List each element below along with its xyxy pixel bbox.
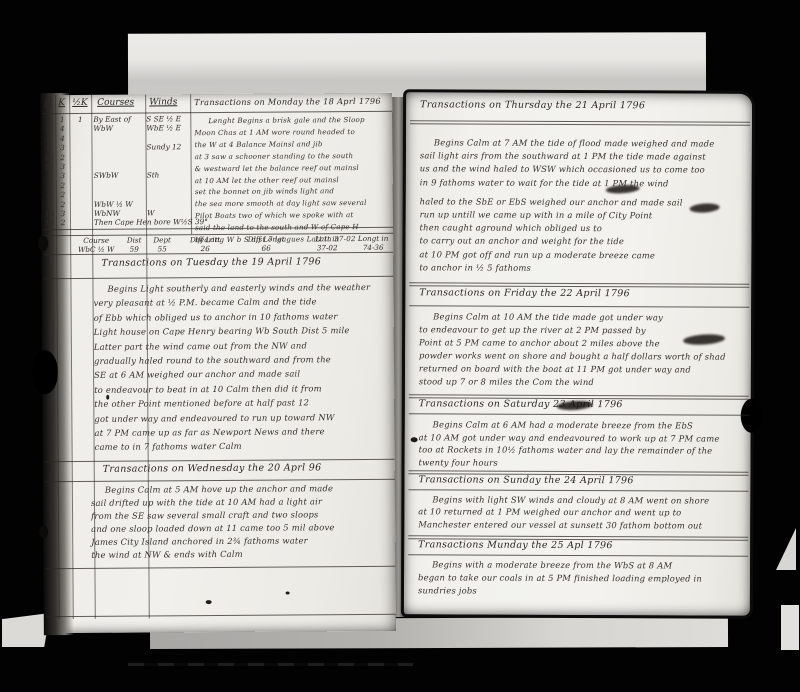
course-cell bbox=[91, 143, 144, 153]
hours-cell: 4 bbox=[42, 125, 55, 134]
ruled-line bbox=[408, 554, 748, 556]
course-cell bbox=[91, 133, 144, 143]
half-knots-cell bbox=[70, 162, 92, 172]
ruled-line bbox=[408, 489, 748, 491]
entry-line: in 9 fathoms water to wait for the tide … bbox=[420, 176, 748, 191]
hours-cell: 8 bbox=[42, 143, 55, 152]
entry-line: sundries jobs bbox=[418, 584, 746, 598]
knots-cell: 2 bbox=[56, 190, 70, 199]
entry-line: stood up 7 or 8 miles the Com the wind bbox=[419, 375, 747, 389]
knots-cell: 2 bbox=[56, 218, 70, 227]
knots-cell: 3 bbox=[55, 143, 69, 152]
course-cell: Then Cape Hen bore W½S 39° bbox=[92, 218, 145, 228]
knots-cell: 2 bbox=[56, 153, 70, 162]
entry-line: Begins Calm at 6 AM had a moderate breez… bbox=[419, 418, 747, 432]
wind-cell bbox=[145, 180, 193, 190]
knots-cell: 2 bbox=[56, 200, 70, 209]
ruled-line bbox=[45, 459, 395, 462]
course-cell: WbNW bbox=[92, 208, 145, 218]
half-knots-cell bbox=[69, 143, 91, 153]
hours-cell: 6 bbox=[43, 190, 56, 199]
entry-line: Lenght Begins a brisk gale and the Sloop bbox=[194, 114, 390, 127]
ink-speck bbox=[411, 437, 418, 442]
entry-title-thursday-21: Transactions on Thursday the 21 April 17… bbox=[420, 99, 645, 111]
course-cell: SWbW bbox=[92, 171, 145, 181]
entry-body-friday-22: Begins Calm at 10 AM the tide made got u… bbox=[419, 310, 747, 389]
half-knots-cell bbox=[70, 190, 92, 200]
left-page-edge-notch bbox=[32, 350, 58, 394]
entry-line: too at Rockets in 10½ fathoms water and … bbox=[419, 443, 747, 457]
hours-cell: 12 bbox=[43, 218, 56, 227]
entry-body-tuesday-19: Begins Light southerly and easterly wind… bbox=[93, 280, 392, 455]
column-header-hours: H bbox=[44, 98, 52, 108]
column-header-knots: K bbox=[58, 98, 65, 108]
wind-cell bbox=[145, 189, 193, 199]
edge-blot bbox=[39, 525, 48, 538]
ruled-line bbox=[46, 614, 396, 617]
wind-cell bbox=[145, 217, 193, 227]
half-knots-cell bbox=[69, 134, 91, 144]
entry-title-friday-22: Transactions on Friday the 22 April 1796 bbox=[419, 287, 630, 299]
ruled-line bbox=[410, 120, 750, 122]
half-knots-cell bbox=[70, 199, 92, 209]
course-cell: WbW bbox=[91, 124, 144, 134]
hours-cell: 8 bbox=[43, 200, 56, 209]
entry-title-sunday-24: Transactions on Sunday the 24 April 1796 bbox=[418, 474, 633, 486]
wind-cell: Sth bbox=[145, 171, 193, 181]
summary-cell: WbC ½ W bbox=[71, 245, 121, 254]
entry-line: Manchester entered our vessel at sunsett… bbox=[418, 518, 746, 532]
column-header-winds: Winds bbox=[149, 97, 177, 107]
hours-cell: 2 bbox=[43, 171, 56, 180]
hours-cell: 12 bbox=[43, 162, 56, 171]
edge-blot bbox=[38, 235, 48, 251]
entry-line: to carry out an anchor and weight for th… bbox=[419, 235, 747, 250]
knots-cell: 4 bbox=[55, 134, 69, 143]
wind-cell bbox=[145, 161, 193, 171]
entry-body-monday-18: Lenght Begins a brisk gale and the Sloop… bbox=[194, 114, 391, 246]
entry-body-saturday-23: Begins Calm at 6 AM had a moderate breez… bbox=[418, 418, 746, 469]
summary-cell: Dist bbox=[121, 235, 147, 244]
knots-cell: 1 bbox=[55, 115, 69, 124]
hours-cell: 10 bbox=[43, 153, 56, 162]
knots-cell: 3 bbox=[56, 209, 70, 218]
ruled-line bbox=[409, 305, 749, 307]
ruled-line bbox=[45, 566, 395, 569]
scan-smudge-line bbox=[128, 663, 413, 666]
entry-line: us and the wind haled to WSW which occas… bbox=[420, 163, 748, 178]
entry-line: Begins Light southerly and easterly wind… bbox=[93, 280, 391, 296]
ink-speck bbox=[286, 592, 290, 595]
entry-line: to anchor in ½ 5 fathoms bbox=[419, 261, 747, 276]
entry-title-monday-18: Transactions on Monday the 18 Aprl 1796 bbox=[194, 96, 381, 107]
log-table-rows: 211By East ofS SE ½ E44WbWWbE ½ E6483Sun… bbox=[42, 114, 193, 228]
ruled-line bbox=[410, 123, 750, 125]
wind-cell: WbE ½ E bbox=[144, 124, 192, 134]
ruled-line bbox=[409, 413, 749, 415]
wind-cell: W bbox=[145, 208, 193, 218]
entry-line: at 10 returned at 1 PM weighed our ancho… bbox=[418, 506, 746, 520]
summary-cell: 59 bbox=[121, 244, 147, 253]
entry-line: came to in 7 fathoms water Calm bbox=[95, 438, 393, 454]
wind-cell bbox=[145, 152, 193, 162]
summary-cell: Dept bbox=[147, 235, 177, 244]
entry-line: the wind at NW & ends with Calm bbox=[91, 547, 391, 562]
half-knots-cell: 1 bbox=[69, 115, 91, 125]
entry-title-tuesday-19: Transactions on Tuesday the 19 April 179… bbox=[101, 256, 321, 269]
half-knots-cell bbox=[70, 171, 92, 181]
entry-body-sunday-24: Begins with light SW winds and cloudy at… bbox=[418, 493, 746, 532]
ruled-line bbox=[408, 470, 748, 472]
column-header-courses: Courses bbox=[97, 98, 134, 108]
wind-cell: S SE ½ E bbox=[144, 114, 192, 124]
hours-cell: 6 bbox=[42, 134, 55, 143]
entry-title-monday-25: Transactions Munday the 25 Apl 1796 bbox=[418, 539, 613, 551]
knots-cell: 3 bbox=[56, 171, 70, 180]
half-knots-cell bbox=[70, 152, 92, 162]
ink-speck bbox=[106, 395, 109, 400]
course-cell: WbW ½ W bbox=[92, 199, 145, 209]
wind-cell: Sundy 12 bbox=[144, 142, 192, 152]
course-cell: By East of bbox=[91, 115, 144, 125]
ink-speck bbox=[206, 600, 212, 604]
entry-line: Light house on Cape Henry bearing Wb Sou… bbox=[94, 323, 392, 339]
hours-cell: 10 bbox=[43, 209, 56, 218]
wind-cell bbox=[145, 199, 193, 209]
hours-cell: 2 bbox=[42, 115, 55, 124]
summary-cell: Course bbox=[71, 236, 121, 245]
half-knots-cell bbox=[70, 181, 92, 191]
entry-line: twenty four hours bbox=[418, 456, 746, 470]
hours-cell: 4 bbox=[43, 181, 56, 190]
column-header-half-knots: ½K bbox=[72, 98, 88, 108]
entry-line: the sea more smooth at day light saw sev… bbox=[195, 197, 391, 210]
entry-body-wednesday-20: Begins Calm at 5 AM hove up the anchor a… bbox=[91, 482, 392, 562]
course-cell bbox=[92, 190, 145, 200]
course-cell bbox=[92, 180, 145, 190]
log-table-row: 122Then Cape Hen bore W½S 39° bbox=[43, 217, 193, 227]
knots-cell: 2 bbox=[56, 181, 70, 190]
summary-cell: 55 bbox=[147, 244, 177, 253]
ruled-line bbox=[408, 535, 748, 537]
paper-scrap-right-upper bbox=[776, 528, 796, 570]
entry-title-wednesday-20: Transactions on Wednesday the 20 Aprl 96 bbox=[103, 462, 322, 475]
wind-cell bbox=[144, 133, 192, 143]
course-cell bbox=[92, 152, 145, 162]
paper-scrap-right-lower bbox=[781, 605, 799, 650]
logbook-right-page: Transactions on Thursday the 21 April 17… bbox=[401, 89, 755, 619]
scanned-logbook-photo: H K ½K Courses Winds 211By East ofS SE ½… bbox=[0, 0, 800, 692]
half-knots-cell bbox=[70, 218, 92, 228]
entry-body-monday-25: Begins with a moderate breeze from the W… bbox=[418, 558, 746, 598]
course-cell bbox=[92, 161, 145, 171]
knots-cell: 4 bbox=[55, 124, 69, 133]
logbook-left-page: H K ½K Courses Winds 211By East ofS SE ½… bbox=[42, 93, 396, 633]
knots-cell: 3 bbox=[56, 162, 70, 171]
ruled-line bbox=[43, 276, 393, 279]
half-knots-cell bbox=[70, 209, 92, 219]
ruled-line bbox=[409, 394, 749, 396]
entry-line: at 10 PM got off and run up a moderate b… bbox=[419, 248, 747, 263]
half-knots-cell bbox=[69, 124, 91, 134]
entry-line: bearing W b S dist 7 leagues Latt in 37-… bbox=[195, 233, 391, 246]
ruled-line bbox=[409, 282, 749, 284]
